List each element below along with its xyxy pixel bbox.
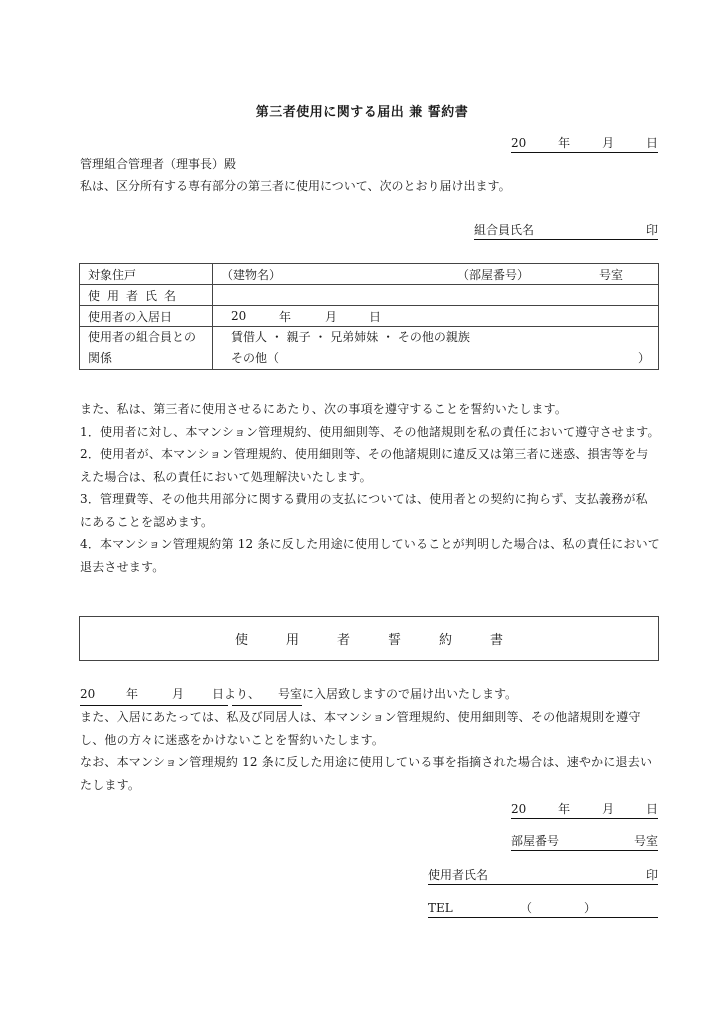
tel-paren-open: （	[520, 899, 584, 917]
pledge-item-3: 3．管理費等、その他共用部分に関する費用の支払については、使用者との契約に拘らず…	[80, 488, 660, 533]
relationship-field[interactable]: 賃借人 ・ 親子 ・ 兄弟姉妹 ・ その他の親族 その他（ ）	[213, 327, 659, 370]
intro-text: 私は、区分所有する専有部分の第三者に使用について、次のとおり届け出ます。	[80, 175, 511, 197]
move-in-date-field[interactable]: 20 年 月 日	[213, 306, 659, 327]
relationship-other[interactable]: その他（	[231, 348, 279, 369]
document-title: 第三者使用に関する届出 兼 誓約書	[0, 101, 724, 120]
label-user-name: 使用者氏名	[80, 285, 213, 306]
target-unit-field[interactable]: （建物名） （部屋番号） 号室	[213, 264, 659, 285]
table-row-move-in-date: 使用者の入居日 20 年 月 日	[80, 306, 659, 327]
table-row-target-unit: 対象住戸 （建物名） （部屋番号） 号室	[80, 264, 659, 285]
s2-room-suffix-2: 号室	[634, 832, 658, 850]
s2-move-in-rest: に入居致しますので届け出いたします。	[302, 687, 517, 701]
date-month: 月	[602, 134, 614, 152]
s2-date-month: 月	[602, 800, 614, 818]
label-relationship: 使用者の組合員との 関係	[80, 327, 213, 370]
s2-tel-field[interactable]: TEL （ ）	[428, 899, 658, 918]
s2-month: 月	[172, 683, 212, 705]
s2-user-name-label: 使用者氏名	[428, 866, 488, 884]
section2-para1: また、入居にあたっては、私及び同居人は、本マンション管理規約、使用細則等、その他…	[80, 706, 660, 751]
relationship-options[interactable]: 賃借人 ・ 親子 ・ 兄弟姉妹 ・ その他の親族	[231, 327, 650, 348]
s2-year-prefix: 20	[80, 683, 126, 705]
header-date-field[interactable]: 20 年 月 日	[511, 134, 658, 153]
label-relationship-line1: 使用者の組合員との	[88, 327, 204, 348]
pledge-section: また、私は、第三者に使用させるにあたり、次の事項を遵守することを誓約いたします。…	[80, 398, 660, 578]
s2-room-number-field[interactable]: 部屋番号 号室	[511, 832, 658, 851]
table-row-relationship: 使用者の組合員との 関係 賃借人 ・ 親子 ・ 兄弟姉妹 ・ その他の親族 その…	[80, 327, 659, 370]
section2-para2: なお、本マンション管理規約 12 条に反した用途に使用している事を指摘された場合…	[80, 751, 660, 796]
move-in-line: 20年月日より、 号室に入居致しますので届け出いたします。	[80, 683, 517, 706]
s2-date-field[interactable]: 20 年 月 日	[511, 800, 658, 819]
pledge-item-2: 2．使用者が、本マンション管理規約、使用細則等、その他諸規則に違反又は第三者に迷…	[80, 443, 660, 488]
seal-mark: 印	[646, 221, 658, 239]
user-name-field[interactable]	[213, 285, 659, 306]
pledge-item-1: 1．使用者に対し、本マンション管理規約、使用細則等、その他諸規則を私の責任におい…	[80, 421, 660, 444]
building-name-label: （建物名）	[221, 266, 457, 283]
date-year-prefix: 20	[511, 134, 526, 152]
s2-seal-mark: 印	[646, 866, 658, 884]
table-row-user-name: 使用者氏名	[80, 285, 659, 306]
s2-room-suffix: 号室	[278, 687, 302, 701]
move-in-day: 日	[369, 308, 381, 325]
member-signature-field[interactable]: 組合員氏名 印	[474, 221, 658, 240]
s2-user-name-field[interactable]: 使用者氏名 印	[428, 866, 658, 885]
date-year: 年	[558, 134, 570, 152]
user-pledge-title: 使用者誓約書	[197, 629, 541, 648]
move-in-date-field-2[interactable]: 20年月日より、	[80, 683, 228, 706]
move-in-year: 年	[279, 308, 325, 325]
s2-year: 年	[126, 683, 172, 705]
addressee: 管理組合管理者（理事長）殿	[80, 153, 236, 175]
tel-label: TEL	[428, 899, 520, 917]
section2-body: また、入居にあたっては、私及び同居人は、本マンション管理規約、使用細則等、その他…	[80, 706, 660, 796]
tel-paren-close: ）	[584, 899, 596, 917]
room-suffix: 号室	[599, 266, 623, 283]
relationship-other-close: ）	[638, 348, 650, 369]
label-move-in-date: 使用者の入居日	[80, 306, 213, 327]
label-target-unit: 対象住戸	[80, 264, 213, 285]
s2-room-label: 部屋番号	[511, 832, 559, 850]
date-day: 日	[646, 134, 658, 152]
s2-room-field[interactable]: 号室	[232, 683, 302, 706]
s2-date-day: 日	[646, 800, 658, 818]
room-number-label: （部屋番号）	[457, 266, 599, 283]
info-table: 対象住戸 （建物名） （部屋番号） 号室 使用者氏名 使用者の入居日 20 年 …	[79, 263, 659, 370]
label-relationship-line2: 関係	[88, 348, 204, 369]
move-in-year-prefix: 20	[231, 309, 279, 323]
move-in-month: 月	[325, 308, 369, 325]
pledge-intro: また、私は、第三者に使用させるにあたり、次の事項を遵守することを誓約いたします。	[80, 398, 660, 421]
pledge-item-4: 4．本マンション管理規約第 12 条に反した用途に使用していることが判明した場合…	[80, 533, 660, 578]
user-pledge-banner: 使用者誓約書	[79, 616, 659, 661]
member-name-label: 組合員氏名	[474, 221, 534, 239]
s2-date-year-prefix: 20	[511, 800, 526, 818]
s2-date-year: 年	[558, 800, 570, 818]
